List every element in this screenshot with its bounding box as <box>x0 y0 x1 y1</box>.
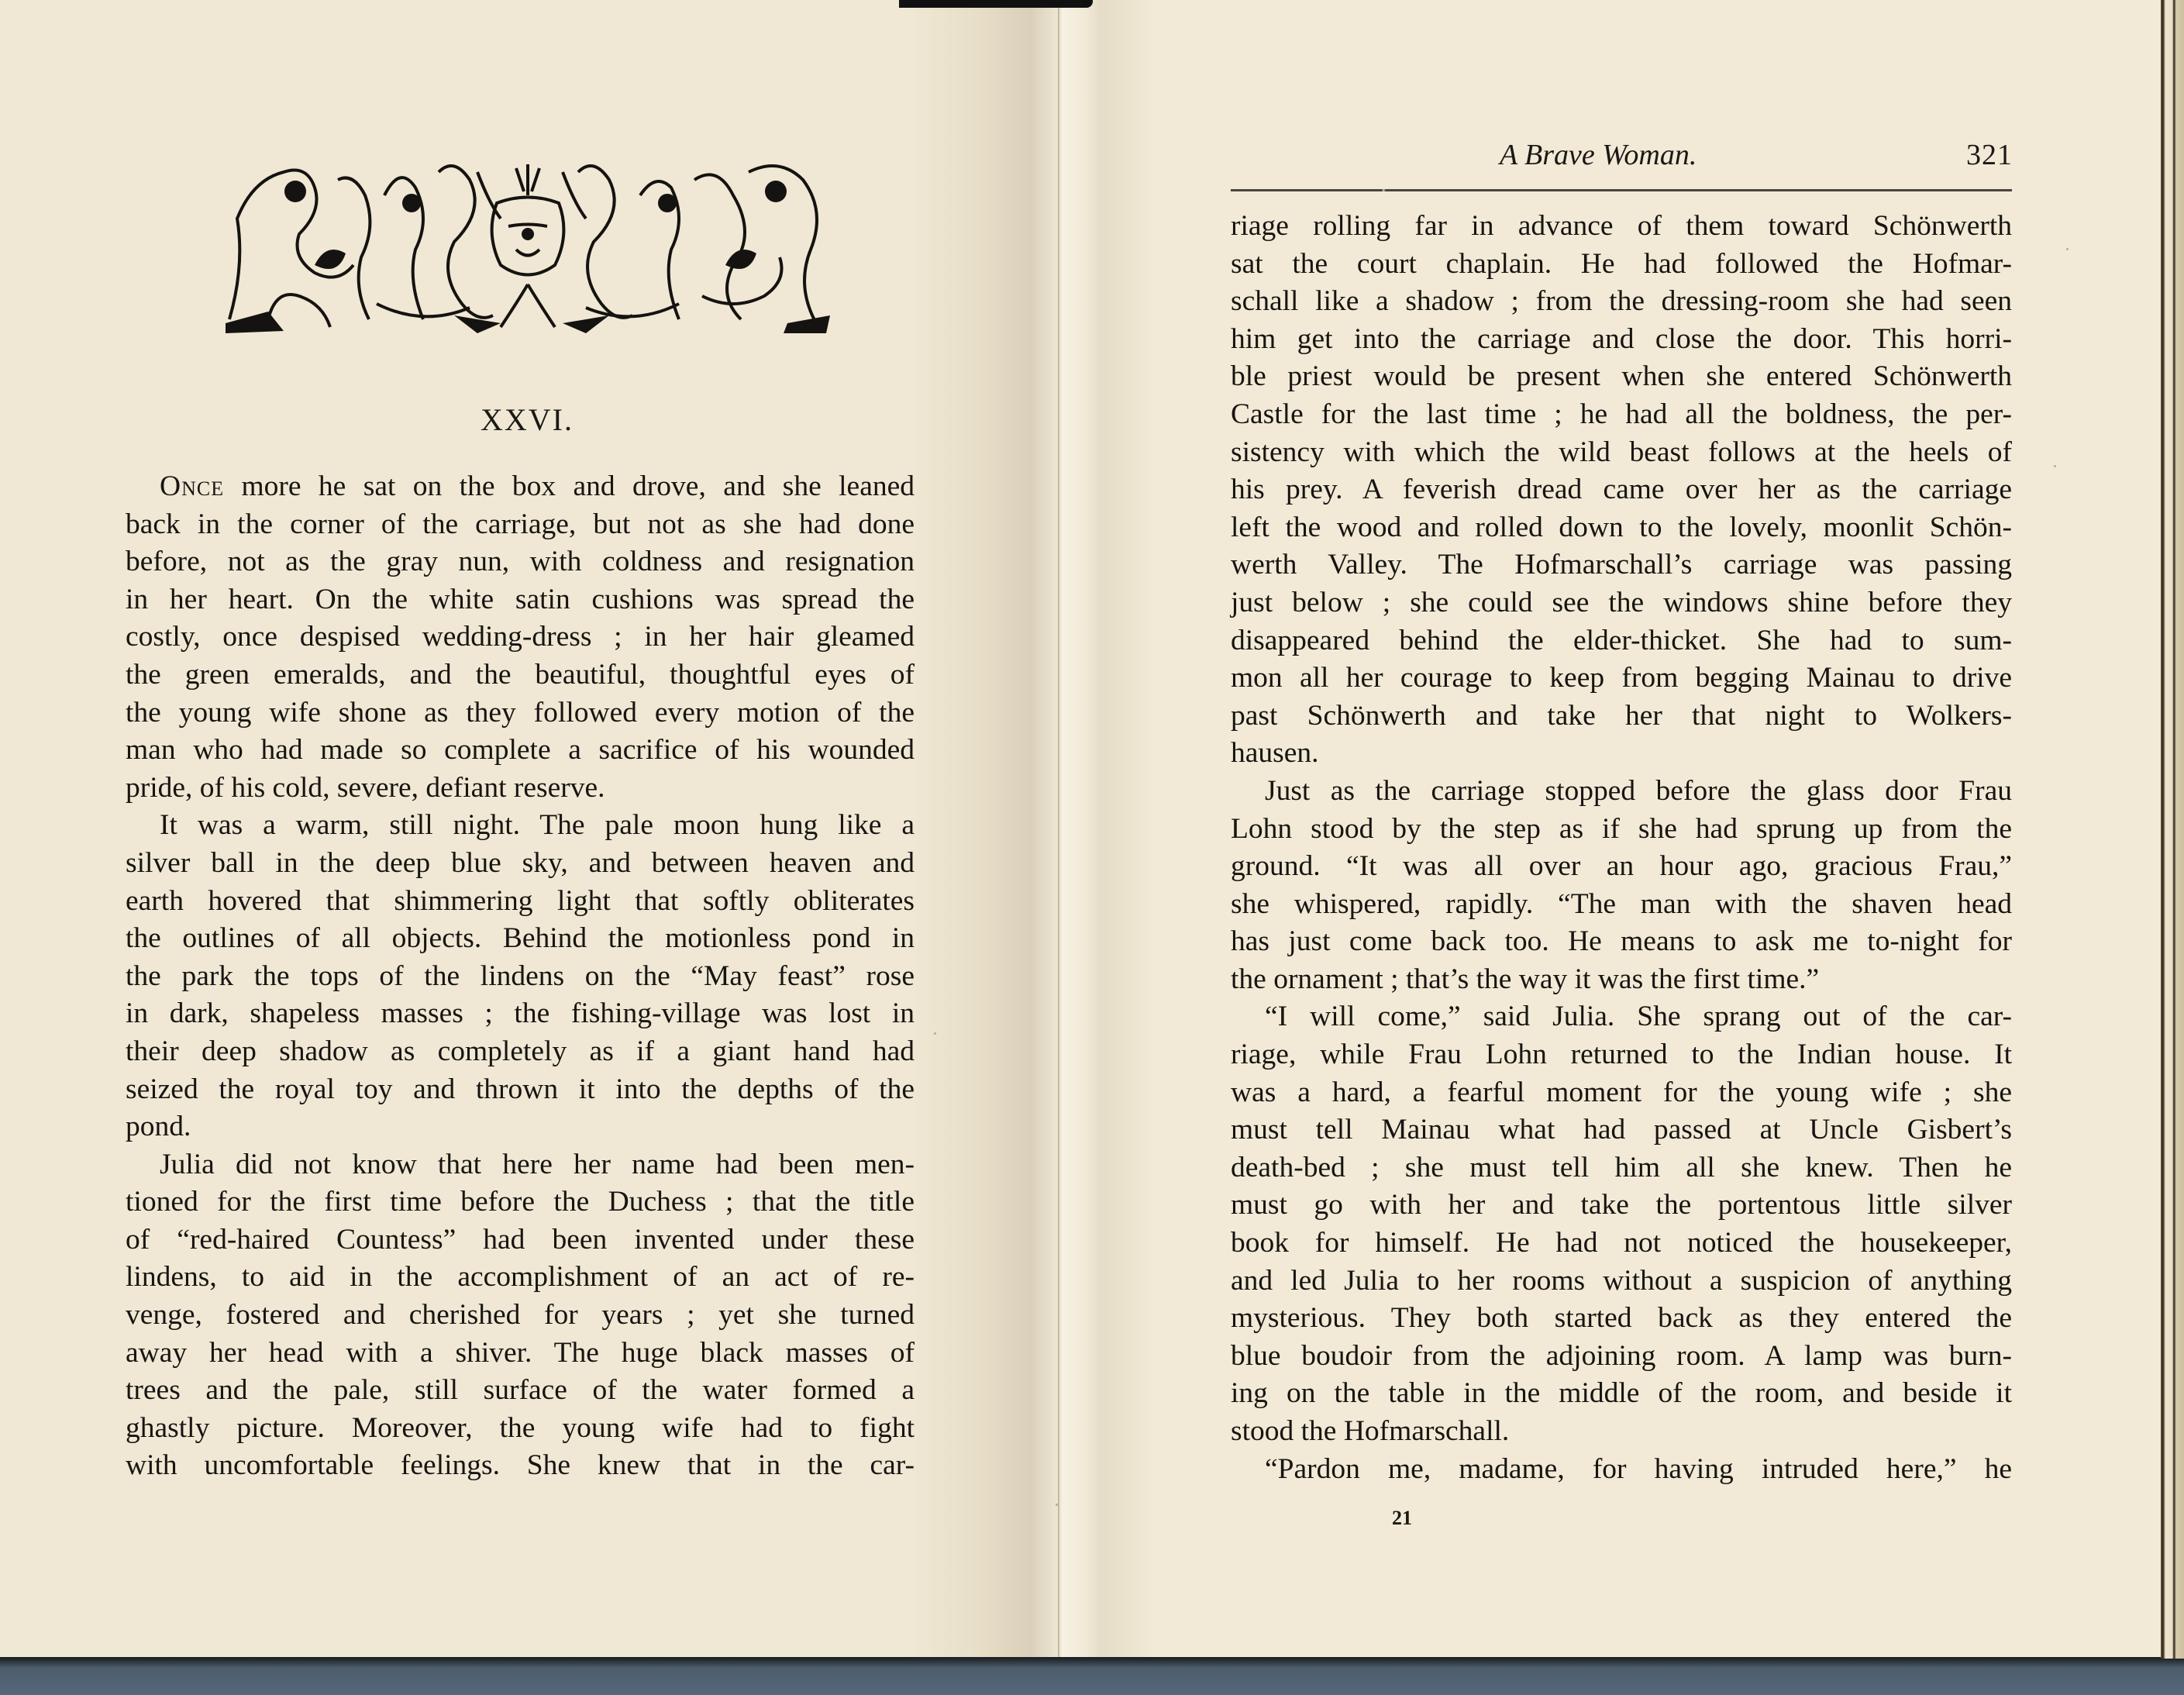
text-line-content: stood the Hofmarschall. <box>1231 1415 1509 1447</box>
text-line: back in the corner of the carriage, but … <box>126 506 915 544</box>
text-line-content: pride, of his cold, severe, defiant rese… <box>126 772 605 804</box>
text-line-content: their deep shadow as completely as if a … <box>126 1035 915 1067</box>
text-line: ghastly picture. Moreover, the young wif… <box>126 1410 915 1448</box>
text-line-content: ing on the table in the middle of the ro… <box>1231 1377 2012 1409</box>
text-line: she whispered, rapidly. “The man with th… <box>1231 886 2012 924</box>
text-line-content: the young wife shone as they followed ev… <box>126 697 915 729</box>
text-line-content: the park the tops of the lindens on the … <box>126 960 915 992</box>
text-line: Julia did not know that here her name ha… <box>126 1146 915 1184</box>
text-line-content: of “red-haired Countess” had been invent… <box>126 1224 915 1256</box>
text-line: “Pardon me, madame, for having intruded … <box>1231 1451 2012 1489</box>
text-line: death-bed ; she must tell him all she kn… <box>1231 1149 2012 1187</box>
text-line: trees and the pale, still surface of the… <box>126 1372 915 1410</box>
text-line: mysterious. They both started back as th… <box>1231 1300 2012 1338</box>
text-line: seized the royal toy and thrown it into … <box>126 1071 915 1109</box>
text-line: pride, of his cold, severe, defiant rese… <box>126 770 915 808</box>
text-line-content: Castle for the last time ; he had all th… <box>1231 398 2012 430</box>
text-line: in her heart. On the white satin cushion… <box>126 581 915 619</box>
paper-speck <box>2054 465 2056 467</box>
text-line: werth Valley. The Hofmarschall’s carriag… <box>1231 546 2012 584</box>
text-line: sistency with which the wild beast follo… <box>1231 434 2012 472</box>
text-line: blue boudoir from the adjoining room. A … <box>1231 1338 2012 1376</box>
text-line-content: his prey. A feverish dread came over her… <box>1231 474 2012 505</box>
left-page: XXVI. Once more he sat on the box and dr… <box>0 0 1062 1657</box>
text-line-content: sistency with which the wild beast follo… <box>1231 436 2012 468</box>
text-line-content: riage, while Frau Lohn returned to the I… <box>1231 1039 2012 1070</box>
text-line: past Schönwerth and take her that night … <box>1231 698 2012 736</box>
text-line-content: book for himself. He had not noticed the… <box>1231 1227 2012 1259</box>
text-line-content: blue boudoir from the adjoining room. A … <box>1231 1340 2012 1372</box>
text-line: the park the tops of the lindens on the … <box>126 958 915 996</box>
text-line-content: him get into the carriage and close the … <box>1231 323 2012 355</box>
text-line-content: venge, fostered and cherished for years … <box>126 1299 915 1331</box>
text-line-content: disappeared behind the elder-thicket. Sh… <box>1231 625 2012 656</box>
text-line: and led Julia to her rooms without a sus… <box>1231 1263 2012 1301</box>
text-line: ground. “It was all over an hour ago, gr… <box>1231 848 2012 886</box>
text-line-content: hausen. <box>1231 737 1319 769</box>
text-line-content: tioned for the first time before the Duc… <box>126 1186 915 1218</box>
text-line: book for himself. He had not noticed the… <box>1231 1225 2012 1263</box>
text-line: Castle for the last time ; he had all th… <box>1231 396 2012 434</box>
running-title: A Brave Woman. <box>1500 138 1697 172</box>
text-line: Once more he sat on the box and drove, a… <box>126 468 915 506</box>
text-line: must go with her and take the portentous… <box>1231 1187 2012 1225</box>
text-line: him get into the carriage and close the … <box>1231 321 2012 359</box>
text-line-content: she whispered, rapidly. “The man with th… <box>1231 888 2012 920</box>
text-line: lindens, to aid in the accomplishment of… <box>126 1259 915 1297</box>
text-line-content: was a hard, a fearful moment for the you… <box>1231 1077 2012 1108</box>
text-line-content: earth hovered that shimmering light that… <box>126 885 915 917</box>
text-line-content: death-bed ; she must tell him all she kn… <box>1231 1152 2012 1183</box>
text-line-content: before, not as the gray nun, with coldne… <box>126 546 915 577</box>
text-line: man who had made so complete a sacrifice… <box>126 732 915 770</box>
gutter-fold <box>1058 0 1059 1657</box>
text-line-content: in her heart. On the white satin cushion… <box>126 584 915 615</box>
text-line-content: and led Julia to her rooms without a sus… <box>1231 1265 2012 1297</box>
right-page-body-text: riage rolling far in advance of them tow… <box>1231 208 2012 1488</box>
text-line: earth hovered that shimmering light that… <box>126 883 915 921</box>
text-line-content: ble priest would be present when she ent… <box>1231 360 2012 392</box>
text-line-content: pond. <box>126 1111 191 1142</box>
text-line-content: ground. “It was all over an hour ago, gr… <box>1231 850 2012 882</box>
text-line: was a hard, a fearful moment for the you… <box>1231 1074 2012 1112</box>
text-line: riage, while Frau Lohn returned to the I… <box>1231 1036 2012 1074</box>
text-line-content: the outlines of all objects. Behind the … <box>126 922 915 954</box>
text-line-content: away her head with a shiver. The huge bl… <box>126 1337 915 1369</box>
text-line: just below ; she could see the windows s… <box>1231 584 2012 622</box>
scan-background <box>0 1651 2184 1695</box>
text-line-content: “Pardon me, madame, for having intruded … <box>1265 1453 2012 1485</box>
text-line-content: lindens, to aid in the accomplishment of… <box>126 1261 915 1293</box>
text-line: with uncomfortable feelings. She knew th… <box>126 1447 915 1485</box>
text-line: his prey. A feverish dread came over her… <box>1231 471 2012 509</box>
text-line: the green emeralds, and the beautiful, t… <box>126 656 915 694</box>
text-line-content: more he sat on the box and drove, and sh… <box>224 470 915 502</box>
text-line: It was a warm, still night. The pale moo… <box>126 807 915 845</box>
page-edges <box>2161 0 2184 1659</box>
text-line-content: Lohn stood by the step as if she had spr… <box>1231 813 2012 845</box>
text-line: silver ball in the deep blue sky, and be… <box>126 845 915 883</box>
text-line-content: schall like a shadow ; from the dressing… <box>1231 285 2012 317</box>
text-line-content: seized the royal toy and thrown it into … <box>126 1073 915 1105</box>
text-line-content: has just come back too. He means to ask … <box>1231 925 2012 957</box>
text-line: mon all her courage to keep from begging… <box>1231 660 2012 698</box>
text-line-content: the green emeralds, and the beautiful, t… <box>126 659 915 691</box>
text-line: the ornament ; that’s the way it was the… <box>1231 961 2012 999</box>
text-line: riage rolling far in advance of them tow… <box>1231 208 2012 246</box>
text-line: venge, fostered and cherished for years … <box>126 1297 915 1335</box>
text-line: has just come back too. He means to ask … <box>1231 923 2012 961</box>
text-line: tioned for the first time before the Duc… <box>126 1183 915 1221</box>
text-line-content: It was a warm, still night. The pale moo… <box>160 809 915 841</box>
text-line-content: riage rolling far in advance of them tow… <box>1231 210 2012 242</box>
text-line: “I will come,” said Julia. She sprang ou… <box>1231 998 2012 1036</box>
text-line-content: man who had made so complete a sacrifice… <box>126 734 915 766</box>
woodcut-headpiece-ornament <box>222 149 834 335</box>
left-page-body-text: Once more he sat on the box and drove, a… <box>126 468 915 1485</box>
text-line-content: ghastly picture. Moreover, the young wif… <box>126 1412 915 1444</box>
text-line-content: trees and the pale, still surface of the… <box>126 1374 915 1406</box>
text-line: ble priest would be present when she ent… <box>1231 358 2012 396</box>
book-spine-shadow <box>899 0 1093 8</box>
chapter-number: XXVI. <box>419 401 636 438</box>
paper-speck <box>934 1032 936 1035</box>
header-rule <box>1231 189 2012 191</box>
text-line-content: sat the court chaplain. He had followed … <box>1231 248 2012 280</box>
text-line-content: in dark, shapeless masses ; the fishing-… <box>126 997 915 1029</box>
text-line: left the wood and rolled down to the lov… <box>1231 509 2012 547</box>
text-line: before, not as the gray nun, with coldne… <box>126 543 915 581</box>
text-line: away her head with a shiver. The huge bl… <box>126 1335 915 1373</box>
text-line-content: silver ball in the deep blue sky, and be… <box>126 847 915 879</box>
text-line: in dark, shapeless masses ; the fishing-… <box>126 995 915 1033</box>
text-line-content: “I will come,” said Julia. She sprang ou… <box>1265 1001 2012 1032</box>
text-line-content: must go with her and take the portentous… <box>1231 1189 2012 1221</box>
text-line-content: mon all her courage to keep from begging… <box>1231 662 2012 694</box>
text-line: the outlines of all objects. Behind the … <box>126 920 915 958</box>
text-line: the young wife shone as they followed ev… <box>126 694 915 732</box>
text-line: pond. <box>126 1108 915 1146</box>
signature-mark: 21 <box>1392 1507 1412 1530</box>
drop-smallcaps-word: Once <box>160 470 224 502</box>
paper-speck <box>1056 1504 1058 1506</box>
text-line-content: past Schönwerth and take her that night … <box>1231 700 2012 732</box>
running-header: A Brave Woman. 321 <box>1228 138 2013 177</box>
text-line: schall like a shadow ; from the dressing… <box>1231 283 2012 321</box>
text-line: Just as the carriage stopped before the … <box>1231 773 2012 811</box>
text-line-content: Just as the carriage stopped before the … <box>1265 775 2012 807</box>
text-line: hausen. <box>1231 735 2012 773</box>
text-line: ing on the table in the middle of the ro… <box>1231 1375 2012 1413</box>
text-line-content: Julia did not know that here her name ha… <box>160 1149 915 1180</box>
paper-speck <box>2066 248 2069 250</box>
text-line: sat the court chaplain. He had followed … <box>1231 246 2012 284</box>
text-line: stood the Hofmarschall. <box>1231 1413 2012 1451</box>
text-line-content: left the wood and rolled down to the lov… <box>1231 512 2012 543</box>
text-line-content: with uncomfortable feelings. She knew th… <box>126 1449 915 1481</box>
text-line-content: werth Valley. The Hofmarschall’s carriag… <box>1231 549 2012 581</box>
text-line: must tell Mainau what had passed at Uncl… <box>1231 1111 2012 1149</box>
text-line-content: mysterious. They both started back as th… <box>1231 1302 2012 1334</box>
text-line: disappeared behind the elder-thicket. Sh… <box>1231 622 2012 660</box>
text-line: of “red-haired Countess” had been invent… <box>126 1221 915 1259</box>
text-line-content: just below ; she could see the windows s… <box>1231 587 2012 618</box>
text-line-content: back in the corner of the carriage, but … <box>126 508 915 540</box>
text-line: costly, once despised wedding-dress ; in… <box>126 618 915 656</box>
page-number: 321 <box>1966 138 2013 172</box>
text-line: their deep shadow as completely as if a … <box>126 1033 915 1071</box>
text-line-content: the ornament ; that’s the way it was the… <box>1231 963 1819 995</box>
text-line-content: must tell Mainau what had passed at Uncl… <box>1231 1114 2012 1146</box>
text-line: Lohn stood by the step as if she had spr… <box>1231 811 2012 849</box>
text-line-content: costly, once despised wedding-dress ; in… <box>126 621 915 653</box>
